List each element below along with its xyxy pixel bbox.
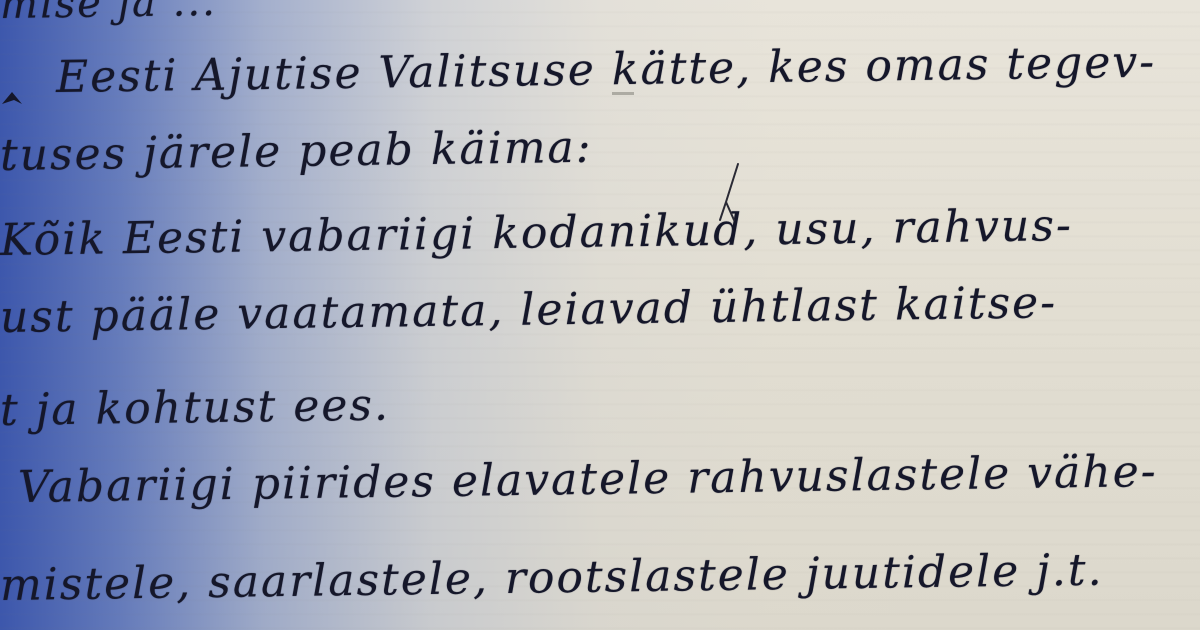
margin-arrow-icon	[0, 84, 30, 114]
handwritten-line-5: t ja kohtust ees.	[0, 380, 390, 436]
handwritten-line-0: mise ja ...	[0, 0, 217, 28]
caret-mark-icon	[712, 162, 742, 222]
pencil-dash-mark	[612, 92, 634, 95]
handwritten-line-2: tuses järele peab käima:	[0, 122, 593, 181]
